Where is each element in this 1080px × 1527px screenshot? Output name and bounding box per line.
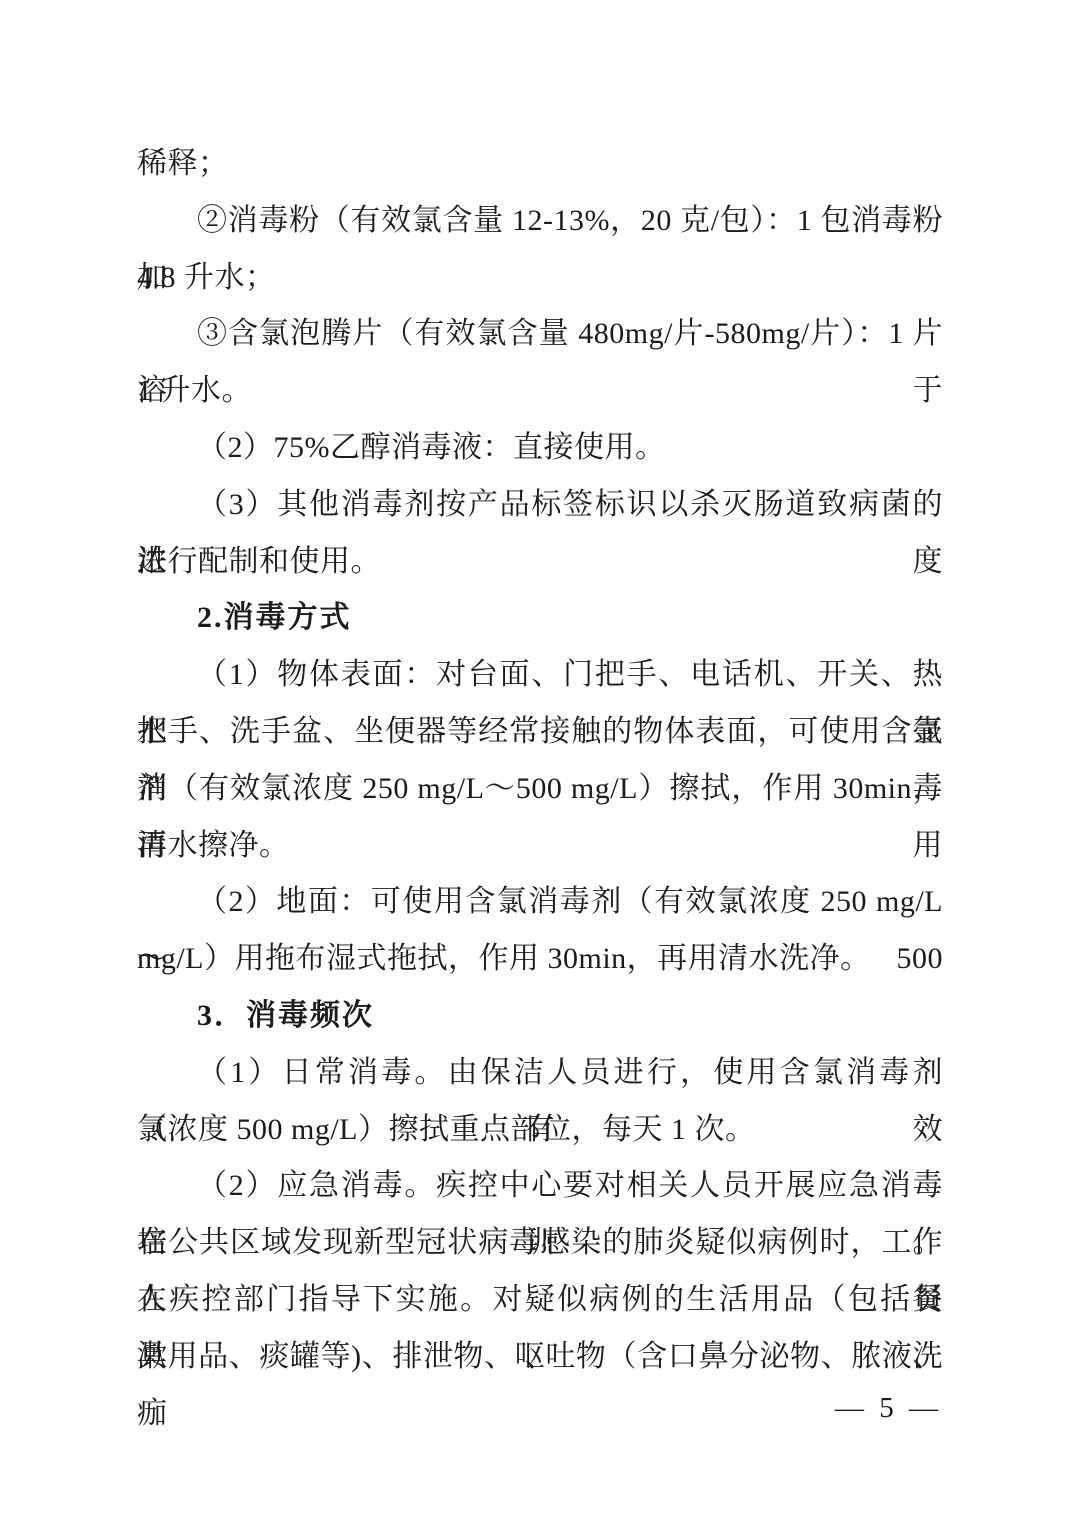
paragraph-line: 剂（有效氯浓度 250 mg/L～500 mg/L）擦拭，作用 30min，再用 [137,761,943,818]
paragraph-line: 把手、洗手盆、坐便器等经常接触的物体表面，可使用含氯消毒 [137,704,943,761]
paragraph-line: （3）其他消毒剂按产品标签标识以杀灭肠道致病菌的浓度 [137,477,943,534]
paragraph-line: （1）日常消毒。由保洁人员进行，使用含氯消毒剂（有效 [137,1045,943,1102]
paragraph-line: ③含氯泡腾片（有效氯含量 480mg/片-580mg/片）：1 片溶于 [137,306,943,363]
paragraph-line: （2）应急消毒。疾控中心要对相关人员开展应急消毒培训。 [137,1158,943,1215]
document-body: 稀释； ②消毒粉（有效氯含量 12-13%，20 克/包）：1 包消毒粉加 4.… [137,136,943,1386]
paragraph-line: （2）地面：可使用含氯消毒剂（有效氯浓度 250 mg/L～500 [137,874,943,931]
section-heading-disinfection-method: 2.消毒方式 [137,590,943,647]
document-page: 稀释； ②消毒粉（有效氯含量 12-13%，20 克/包）：1 包消毒粉加 4.… [0,0,1080,1527]
paragraph-line: （1）物体表面：对台面、门把手、电话机、开关、热水壶 [137,647,943,704]
page-number: — 5 — [835,1390,942,1426]
paragraph-line: 在公共区域发现新型冠状病毒感染的肺炎疑似病例时，工作人员 [137,1215,943,1272]
section-heading-disinfection-frequency: 3．消毒频次 [137,988,943,1045]
paragraph-line: 在疾控部门指导下实施。对疑似病例的生活用品（包括餐具、洗 [137,1272,943,1329]
paragraph-line: 漱用品、痰罐等)、排泄物、呕吐物（含口鼻分泌物、脓液、痂 [137,1329,943,1386]
paragraph-line: mg/L）用拖布湿式拖拭，作用 30min，再用清水洗净。 [137,931,943,988]
paragraph-line: 4.8 升水； [137,250,943,307]
paragraph-line: 稀释； [137,136,943,193]
paragraph-line: （2）75%乙醇消毒液：直接使用。 [137,420,943,477]
paragraph-line: ②消毒粉（有效氯含量 12-13%，20 克/包）：1 包消毒粉加 [137,193,943,250]
